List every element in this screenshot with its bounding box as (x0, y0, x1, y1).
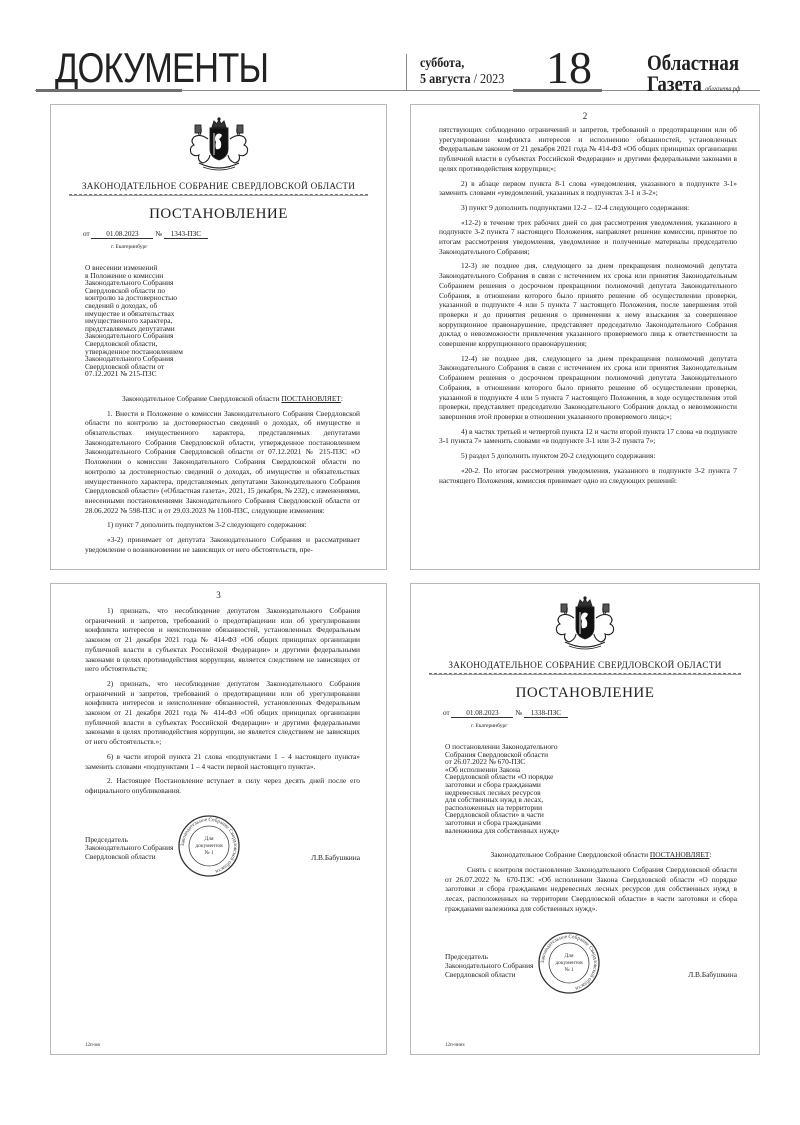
signature-block: Председатель Законодательного Собрания С… (445, 931, 737, 1001)
number-label: № (155, 230, 162, 238)
paragraph: 1. Внести в Положение о комиссии Законод… (85, 409, 360, 516)
paragraph: 4) в частях третьей и четвертой пункта 1… (439, 427, 737, 446)
stamp-text: документов (195, 843, 223, 849)
coat-of-arms-icon (181, 117, 257, 173)
issue-date-separator: / (471, 71, 480, 86)
stamp-text: Для (564, 953, 573, 959)
document-subject: О постановлении Законодательного Собрани… (445, 743, 625, 834)
brand-line-2: Газета (647, 71, 702, 96)
resolution-keyword: ПОСТАНОВЛЯЕТ (281, 394, 340, 403)
document-page-2: 2 пятствующих соблюдению ограничений и з… (410, 104, 760, 570)
signer-title-line: Свердловской области (445, 971, 533, 980)
paragraph: 2. Настоящее Постановление вступает в си… (85, 776, 360, 795)
paragraph: Снять с контроля постановление Законодат… (445, 865, 737, 914)
document-date-number: от 01.08.2023 № 1343-ПЗС (83, 230, 386, 239)
paragraph: 2) признать, что несоблюдение депутатом … (85, 679, 360, 747)
section-title: ДОКУМЕНТЫ (55, 44, 268, 92)
document-page-4: ЗАКОНОДАТЕЛЬНОЕ СОБРАНИЕ СВЕРДЛОВСКОЙ ОБ… (410, 583, 760, 1055)
official-stamp-icon: Законодательное Собрание Свердловской об… (177, 814, 241, 878)
masthead-rule-accent (36, 89, 182, 92)
document-type: ПОСТАНОВЛЕНИЕ (411, 685, 759, 702)
document-subject: О внесении изменений в Положение о комис… (85, 264, 235, 378)
from-label: от (83, 230, 90, 238)
page-number: 2 (411, 111, 759, 123)
document-city: г. Екатеринбург (471, 723, 759, 729)
page-number: 3 (51, 590, 386, 602)
issue-year: 2023 (480, 71, 504, 86)
document-page-1: ЗАКОНОДАТЕЛЬНОЕ СОБРАНИЕ СВЕРДЛОВСКОЙ ОБ… (50, 104, 387, 570)
paragraph: 1) признать, что несоблюдение депутатом … (85, 606, 360, 674)
document-city: г. Екатеринбург (111, 244, 386, 250)
paragraph: пятствующих соблюдению ограничений и зап… (439, 125, 737, 174)
newspaper-logo: Областная Газетаоблгазета.рф (647, 52, 740, 100)
resolution-statement: Законодательное Собрание Свердловской об… (445, 850, 737, 860)
official-stamp-icon: Законодательное Собрание Свердловской об… (537, 931, 601, 995)
stamp-text: Для (204, 836, 213, 842)
newspaper-page-number: 18 (546, 44, 592, 92)
paragraph: 5) раздел 5 дополнить пунктом 20-2 следу… (439, 451, 737, 461)
organization-name: ЗАКОНОДАТЕЛЬНОЕ СОБРАНИЕ СВЕРДЛОВСКОЙ ОБ… (411, 660, 759, 670)
stamp-text: № 1 (564, 967, 574, 973)
signature-block: Председатель Законодательного Собрания С… (85, 814, 360, 884)
resolution-statement: Законодательное Собрание Свердловской об… (85, 394, 360, 404)
signer-name: Л.В.Бабушкина (688, 971, 737, 980)
document-number: 1343-ПЗС (164, 230, 208, 239)
signer-title-line: Свердловской области (85, 853, 173, 862)
issue-weekday: суббота, (420, 55, 504, 71)
paragraph: «3-2) принимает от депутата Законодатель… (85, 535, 360, 554)
document-page-3: 3 1) признать, что несоблюдение депутато… (50, 583, 387, 1055)
number-label: № (515, 709, 522, 717)
document-date: 01.08.2023 (451, 709, 513, 718)
paragraph: 12-4) не позднее дня, следующего за днем… (439, 354, 737, 422)
stamp-text: № 1 (204, 850, 214, 856)
issue-date: суббота, 5 августа / 2023 (420, 55, 504, 87)
resolution-keyword: ПОСТАНОВЛЯЕТ (650, 850, 709, 859)
newspaper-masthead: ДОКУМЕНТЫ суббота, 5 августа / 2023 18 О… (0, 0, 800, 100)
organization-rule (69, 194, 368, 196)
footer-code: 12п-нинх (445, 1043, 465, 1048)
paragraph: 3) пункт 9 дополнить подпунктами 12-2 – … (439, 203, 737, 213)
resolution-prefix: Законодательное Собрание Свердловской об… (122, 394, 281, 403)
organization-name: ЗАКОНОДАТЕЛЬНОЕ СОБРАНИЕ СВЕРДЛОВСКОЙ ОБ… (51, 181, 386, 191)
document-type: ПОСТАНОВЛЕНИЕ (51, 206, 386, 223)
organization-rule (429, 673, 741, 675)
paragraph: «12-2) в течение трех рабочих дней со дн… (439, 218, 737, 257)
signer-title: Председатель Законодательного Собрания С… (445, 953, 533, 979)
issue-day: 5 августа (420, 71, 471, 86)
from-label: от (443, 709, 450, 717)
paragraph: 2) в абзаце первом пункта 8-1 слова «уве… (439, 179, 737, 198)
resolution-suffix: : (341, 394, 343, 403)
resolution-prefix: Законодательное Собрание Свердловской об… (491, 850, 650, 859)
paragraph: 1) пункт 7 дополнить подпунктом 3-2 след… (85, 520, 360, 530)
document-date: 01.08.2023 (91, 230, 153, 239)
resolution-suffix: : (709, 850, 711, 859)
masthead-divider (406, 54, 407, 90)
document-number: 1338-ПЗС (524, 709, 568, 718)
stamp-text: документов (555, 960, 583, 966)
brand-domain: облгазета.рф (705, 85, 740, 93)
paragraph: 6) в части второй пункта 21 слова «подпу… (85, 752, 360, 771)
document-date-number: от 01.08.2023 № 1338-ПЗС (443, 709, 759, 718)
paragraph: «20-2. По итогам рассмотрения уведомлени… (439, 466, 737, 485)
signer-title: Председатель Законодательного Собрания С… (85, 836, 173, 862)
signer-name: Л.В.Бабушкина (311, 854, 360, 863)
paragraph: 12-3) не позднее дня, следующего за днем… (439, 261, 737, 348)
footer-code: 12п-мя (85, 1043, 100, 1048)
coat-of-arms-icon (547, 596, 623, 652)
